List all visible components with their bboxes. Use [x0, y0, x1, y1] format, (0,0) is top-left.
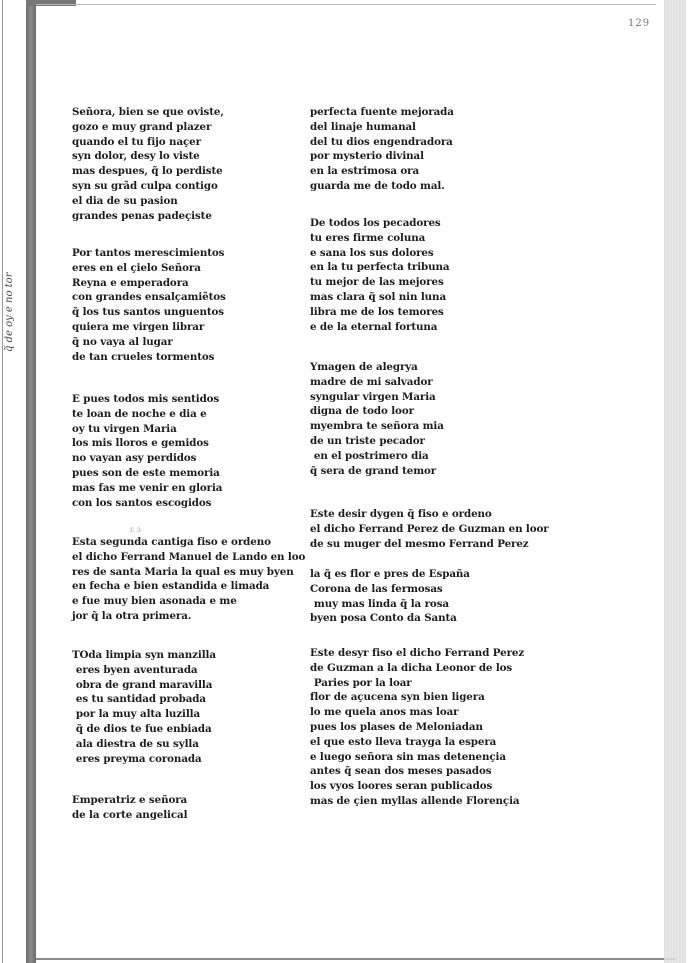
verse-line: q̃ de dios te fue enbiada [72, 722, 216, 737]
verse-line: en la estrimosa ora [310, 164, 454, 179]
verse-line: grandes penas padeçiste [72, 209, 224, 224]
verse-line: syngular virgen Maria [310, 390, 444, 405]
verse-line: con grandes ensalçamiẽtos [72, 290, 226, 305]
verse-line: e sana los sus dolores [310, 246, 449, 261]
rubric-paragraph: Este desir dygen q̃ fiso e ordeno el dic… [310, 507, 553, 551]
folio-number: 129 [628, 18, 650, 29]
verse-line: E pues todos mis sentidos [72, 392, 222, 407]
verse-line: quando el tu fijo naçer [72, 135, 224, 150]
verse-line: syn su grãd culpa contigo [72, 179, 224, 194]
stanza: perfecta fuente mejorada del linaje huma… [310, 105, 457, 194]
stanza: Señora, bien se que oviste, gozo e muy g… [72, 105, 227, 223]
verse-line: madre de mi salvador [310, 375, 444, 390]
stanza: Emperatriz e señora de la corte angelica… [72, 793, 190, 823]
verse-line: los vyos loores seran publicados [310, 779, 524, 794]
stanza: E pues todos mis sentidos te loan de noc… [72, 392, 225, 510]
verse-line: Reyna e emperadora [72, 276, 226, 291]
verse-line: eres byen aventurada [72, 663, 216, 678]
verse-line: pues son de este memoria [72, 466, 222, 481]
rubric-line: jor q̃ la otra primera. [72, 609, 305, 624]
verse-line: te loan de noche e dia e [72, 407, 222, 422]
stacked-page-edges [664, 0, 686, 963]
verse-line: libra me de los temores [310, 305, 449, 320]
verse-line: antes q̃ sean dos meses pasados [310, 764, 524, 779]
verse-line: mas de çien myllas allende Florençia [310, 794, 524, 809]
rubric-line: Este desir dygen q̃ fiso e ordeno [310, 507, 549, 522]
verse-line: muy mas linda q̃ la rosa [310, 597, 470, 612]
verse-line: lo me quela anos mas loar [310, 705, 524, 720]
verse-line: oy tu virgen Maria [72, 422, 222, 437]
page-bottom-rule [36, 958, 676, 960]
stanza: De todos los pecadores tu eres firme col… [310, 216, 452, 334]
verse-line: De todos los pecadores [310, 216, 449, 231]
margin-annotation: q̃ de oy e no tor [3, 222, 23, 352]
verse-line: de un triste pecador [310, 434, 444, 449]
verse-line: e luego señora sin mas detenençia [310, 750, 524, 765]
verse-line: Emperatriz e señora [72, 793, 187, 808]
stanza: Ymagen de alegrya madre de mi salvador s… [310, 360, 447, 478]
verse-line: flor de açucena syn bien ligera [310, 690, 524, 705]
stanza: Por tantos merescimientos eres en el çie… [72, 246, 229, 364]
verse-line: mas fas me venir en gloria [72, 481, 222, 496]
verse-line: el dia de su pasion [72, 194, 224, 209]
rubric-line: de Guzman a la dicha Leonor de los [310, 661, 524, 676]
verse-line: pues los plases de Meloniadan [310, 720, 524, 735]
verse-line: con los santos escogidos [72, 496, 222, 511]
verse-line: guarda me de todo mal. [310, 179, 454, 194]
rubric-line: en fecha e bien estandida e limada [72, 579, 305, 594]
verse-line: por la muy alta luzilla [72, 707, 216, 722]
faint-ink-mark: ɛ ɜ [130, 525, 141, 534]
verse-line: eres preyma coronada [72, 752, 216, 767]
verse-line: de tan crueles tormentos [72, 350, 226, 365]
verse-line: mas clara q̃ sol nin luna [310, 290, 449, 305]
stanza: la q̃ es flor e pres de España Corona de… [310, 567, 473, 626]
page-top-rule [36, 4, 656, 5]
rubric-line: Esta segunda cantiga fiso e ordeno [72, 535, 305, 550]
verse-line: por mysterio divinal [310, 149, 454, 164]
verse-line: tu eres firme coluna [310, 231, 449, 246]
verse-line: Ymagen de alegrya [310, 360, 444, 375]
verse-line: en la tu perfecta tribuna [310, 260, 449, 275]
verse-line: eres en el çielo Señora [72, 261, 226, 276]
verse-line: Por tantos merescimientos [72, 246, 226, 261]
verse-line: la q̃ es flor e pres de España [310, 567, 470, 582]
verse-line: en el postrimero dia [310, 449, 444, 464]
rubric-line: Paries por la loar [310, 676, 524, 691]
verse-line: no vayan asy perdidos [72, 451, 222, 466]
rubric-line: el dicho Ferrand Perez de Guzman en loor [310, 522, 549, 537]
verse-line: el que esto lleva trayga la espera [310, 735, 524, 750]
verse-line: ala diestra de su sylla [72, 737, 216, 752]
rubric-line: e fue muy bien asonada e me [72, 594, 305, 609]
verse-line: Corona de las fermosas [310, 582, 470, 597]
verse-line: e de la eternal fortuna [310, 320, 449, 335]
verse-line: es tu santidad probada [72, 692, 216, 707]
rubric-and-stanza: Este desyr fiso el dicho Ferrand Perez d… [310, 646, 528, 809]
binding-gutter [26, 0, 36, 963]
verse-line: syn dolor, desy lo viste [72, 149, 224, 164]
verse-line: de la corte angelical [72, 808, 187, 823]
scan-right-margin [686, 0, 700, 963]
rubric-line: el dicho Ferrand Manuel de Lando en loo [72, 550, 305, 565]
verse-line: gozo e muy grand plazer [72, 120, 224, 135]
verse-line: byen posa Conto da Santa [310, 611, 470, 626]
stanza: TOda limpia syn manzilla eres byen avent… [72, 648, 219, 766]
rubric-line: Este desyr fiso el dicho Ferrand Perez [310, 646, 524, 661]
verse-line: quiera me virgen librar [72, 320, 226, 335]
verse-line: del tu dios engendradora [310, 135, 454, 150]
scan-border [2, 0, 3, 963]
manuscript-page-scan: 129 q̃ de oy e no tor Señora, bien se qu… [0, 0, 700, 963]
verse-line: obra de grand maravilla [72, 678, 216, 693]
verse-line: digna de todo loor [310, 404, 444, 419]
verse-line: q̃ los tus santos unguentos [72, 305, 226, 320]
verse-line: mas despues, q̃ lo perdiste [72, 164, 224, 179]
rubric-line: de su muger del mesmo Ferrand Perez [310, 537, 549, 552]
rubric-paragraph: Esta segunda cantiga fiso e ordeno el di… [72, 535, 310, 624]
verse-line: q̃ no vaya al lugar [72, 335, 226, 350]
verse-line: del linaje humanal [310, 120, 454, 135]
verse-line: myembra te señora mia [310, 419, 444, 434]
page-top-edge [26, 0, 76, 6]
verse-line: los mis lloros e gemidos [72, 436, 222, 451]
verse-line: Señora, bien se que oviste, [72, 105, 224, 120]
verse-line: tu mejor de las mejores [310, 275, 449, 290]
rubric-line: res de santa Maria la qual es muy byen [72, 565, 305, 580]
verse-line: q̃ sera de grand temor [310, 464, 444, 479]
verse-line: TOda limpia syn manzilla [72, 648, 216, 663]
verse-line: perfecta fuente mejorada [310, 105, 454, 120]
